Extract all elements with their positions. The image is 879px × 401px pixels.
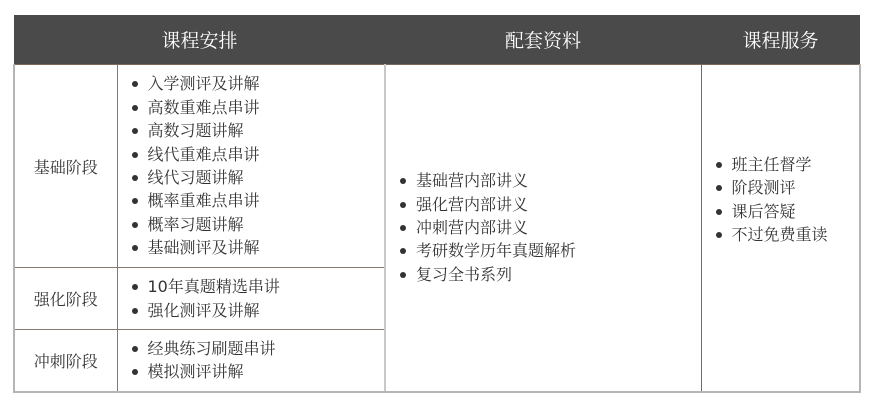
list-item: 10年真题精选串讲 <box>132 275 385 298</box>
stage-items: 10年真题精选串讲 强化测评及讲解 <box>117 268 385 330</box>
list-item: 课后答疑 <box>716 200 860 223</box>
list-item: 概率习题讲解 <box>132 213 385 236</box>
header-row: 课程安排 配套资料 课程服务 <box>14 15 860 65</box>
list-item: 考研数学历年真题解析 <box>400 239 701 262</box>
list-item: 冲刺营内部讲义 <box>400 216 701 239</box>
stage-items: 经典练习刷题串讲 模拟测评讲解 <box>117 330 385 392</box>
list-item: 强化营内部讲义 <box>400 193 701 216</box>
list-item: 不过免费重读 <box>716 223 860 246</box>
materials-cell: 基础营内部讲义 强化营内部讲义 冲刺营内部讲义 考研数学历年真题解析 复习全书系… <box>385 65 701 392</box>
list-item: 基础营内部讲义 <box>400 169 701 192</box>
stage-label: 基础阶段 <box>14 65 117 268</box>
header-schedule: 课程安排 <box>14 15 385 65</box>
course-table: 课程安排 配套资料 课程服务 基础阶段 入学测评及讲解 高数重难点串讲 高数习题… <box>13 15 861 393</box>
list-item: 经典练习刷题串讲 <box>132 337 385 360</box>
list-item: 概率重难点串讲 <box>132 189 385 212</box>
header-services: 课程服务 <box>701 15 860 65</box>
list-item: 入学测评及讲解 <box>132 72 385 95</box>
stage-label: 冲刺阶段 <box>14 330 117 392</box>
list-item: 高数习题讲解 <box>132 119 385 142</box>
list-item: 班主任督学 <box>716 153 860 176</box>
services-cell: 班主任督学 阶段测评 课后答疑 不过免费重读 <box>701 65 860 392</box>
list-item: 线代习题讲解 <box>132 166 385 189</box>
list-item: 模拟测评讲解 <box>132 360 385 383</box>
list-item: 基础测评及讲解 <box>132 236 385 259</box>
stage-items: 入学测评及讲解 高数重难点串讲 高数习题讲解 线代重难点串讲 线代习题讲解 概率… <box>117 65 385 268</box>
stage-row-basic: 基础阶段 入学测评及讲解 高数重难点串讲 高数习题讲解 线代重难点串讲 线代习题… <box>14 65 860 268</box>
list-item: 高数重难点串讲 <box>132 96 385 119</box>
list-item: 强化测评及讲解 <box>132 299 385 322</box>
list-item: 阶段测评 <box>716 176 860 199</box>
list-item: 线代重难点串讲 <box>132 143 385 166</box>
header-materials: 配套资料 <box>385 15 701 65</box>
list-item: 复习全书系列 <box>400 263 701 286</box>
stage-label: 强化阶段 <box>14 268 117 330</box>
